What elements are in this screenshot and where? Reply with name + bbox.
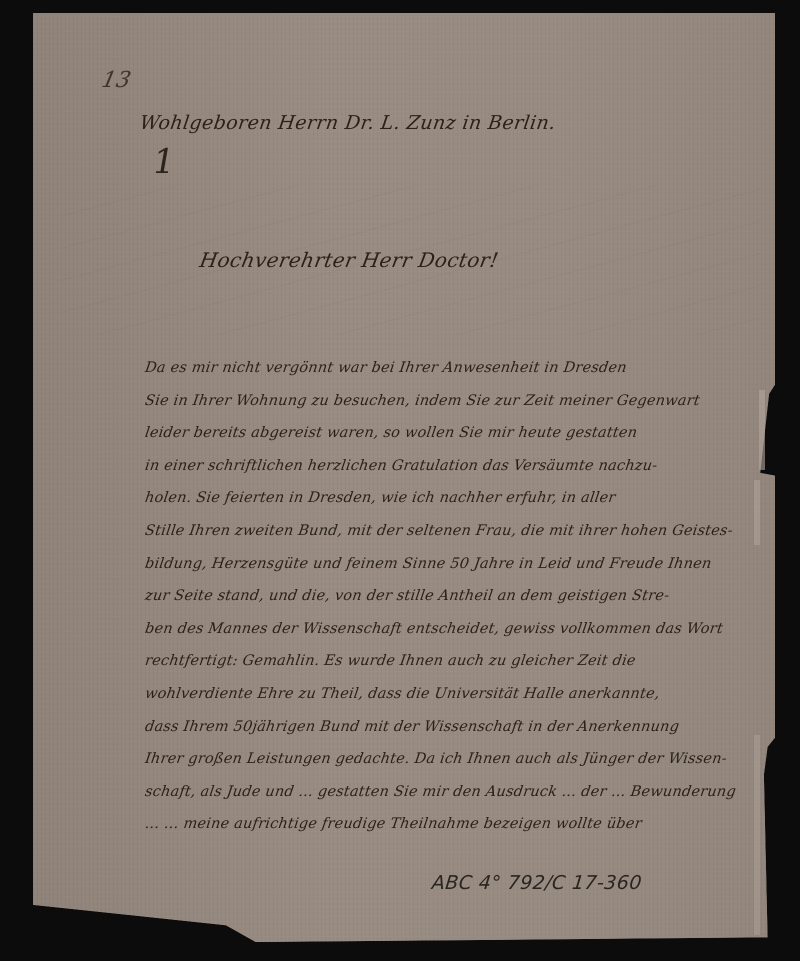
body-line: holen. Sie feierten in Dresden, wie ich … (143, 482, 768, 515)
archive-shelfmark: ABC 4° 792/C 17-360 (431, 872, 643, 894)
body-line: dass Ihrem 50jährigen Bund mit der Wisse… (143, 711, 768, 744)
letter-body: Da es mir nicht vergönnt war bei Ihrer A… (145, 352, 765, 841)
body-line: Sie in Ihrer Wohnung zu besuchen, indem … (143, 385, 768, 418)
body-line: leider bereits abgereist waren, so wolle… (143, 417, 768, 450)
body-line: in einer schriftlichen herzlichen Gratul… (143, 450, 768, 483)
body-line: Stille Ihren zweiten Bund, mit der selte… (143, 515, 768, 548)
body-line: zur Seite stand, und die, von der stille… (143, 580, 768, 613)
body-line: bildung, Herzensgüte und feinem Sinne 50… (143, 548, 768, 581)
body-line: Da es mir nicht vergönnt war bei Ihrer A… (143, 352, 768, 385)
body-line: wohlverdiente Ehre zu Theil, dass die Un… (143, 678, 768, 711)
body-line: schaft, als Jude und ... gestatten Sie m… (143, 776, 768, 809)
body-line: ben des Mannes der Wissenschaft entschei… (143, 613, 768, 646)
body-line: rechtfertigt: Gemahlin. Es wurde Ihnen a… (143, 645, 768, 678)
body-line: ... ... meine aufrichtige freudige Theil… (143, 808, 768, 841)
body-line: Ihrer großen Leistungen gedachte. Da ich… (143, 743, 768, 776)
addressee-line: Wohlgeboren Herrn Dr. L. Zunz in Berlin. (138, 112, 557, 134)
salutation: Hochverehrter Herr Doctor! (198, 248, 501, 272)
folio-number: 13 (99, 68, 133, 93)
